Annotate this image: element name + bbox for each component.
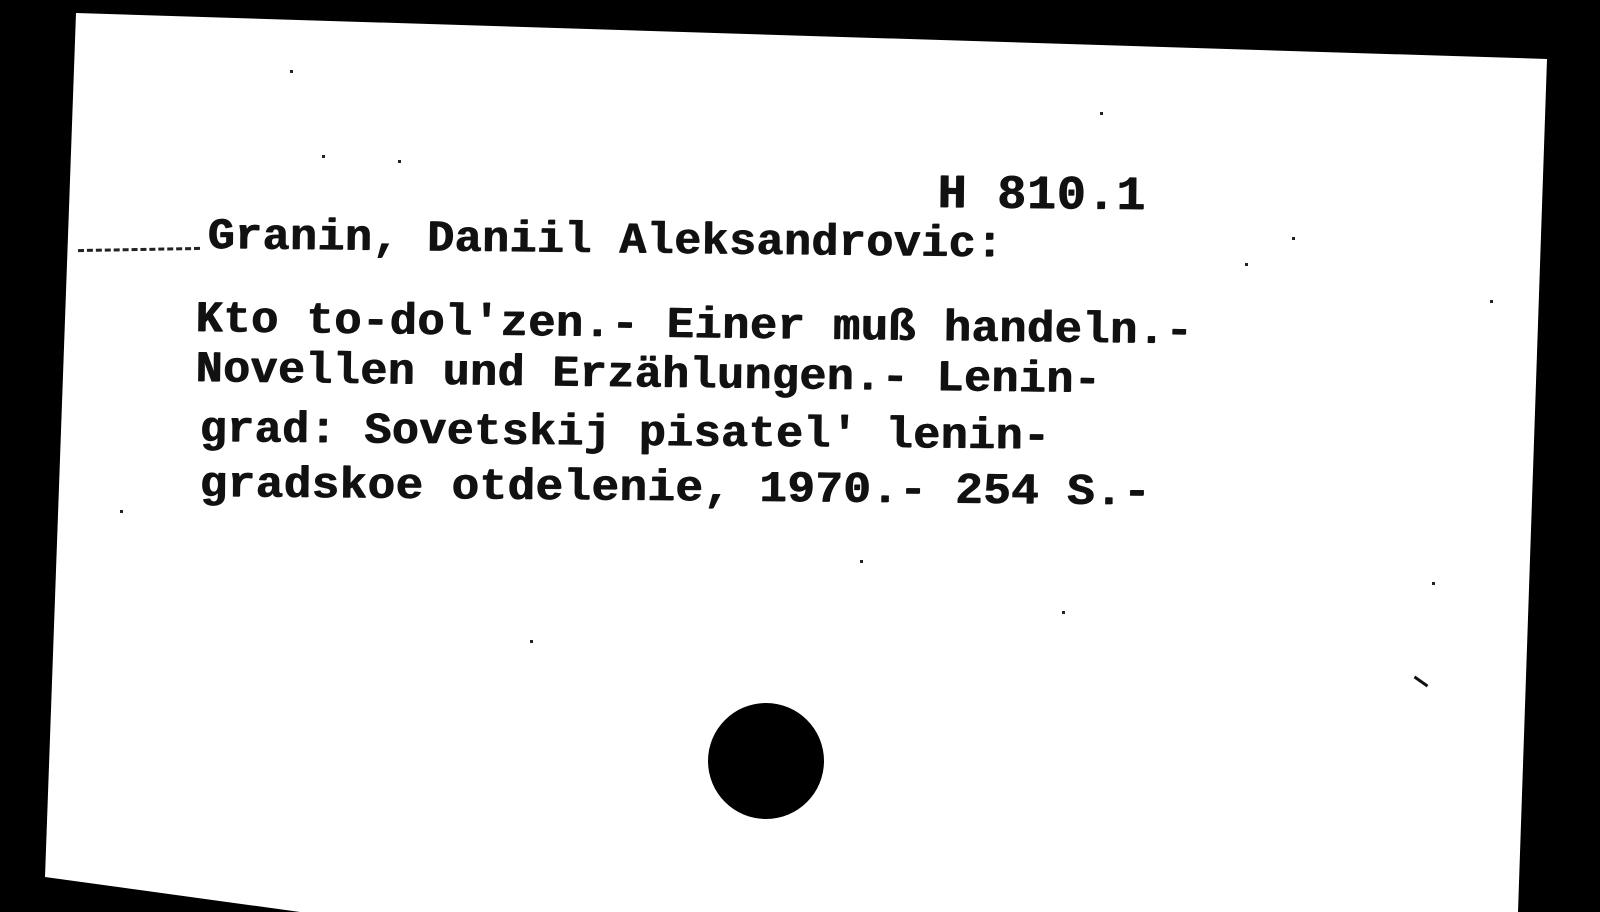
speck — [1490, 300, 1493, 303]
speck — [1062, 611, 1065, 614]
speck — [860, 560, 863, 563]
speck — [120, 510, 123, 513]
speck — [322, 155, 325, 158]
punch-hole — [708, 703, 824, 819]
speck — [290, 70, 293, 73]
speck — [1100, 112, 1103, 115]
speck — [530, 640, 533, 643]
speck — [1292, 237, 1295, 240]
speck — [1432, 582, 1435, 585]
call-number: H 810.1 — [937, 168, 1146, 224]
author-heading: Granin, Daniil Aleksandrovic: — [207, 212, 1003, 270]
imprint-line-2: gradskoe otdelenie, 1970.- 254 S.- — [200, 460, 1152, 518]
imprint-line-1: grad: Sovetskij pisatel' lenin- — [200, 405, 1051, 462]
speck — [1245, 263, 1248, 266]
speck — [398, 160, 401, 163]
